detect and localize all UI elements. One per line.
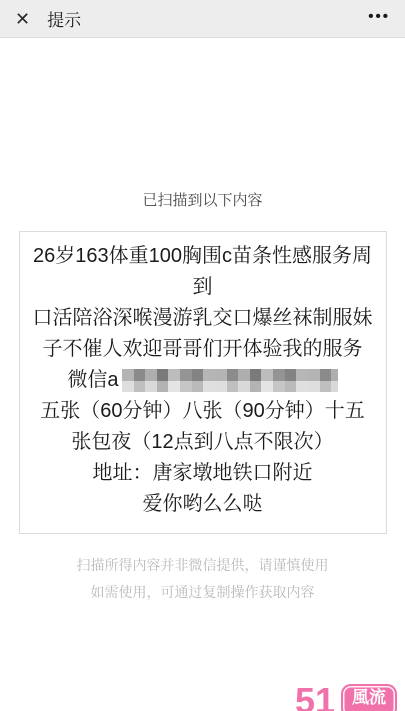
disclaimer: 扫描所得内容并非微信提供，请谨慎使用 如需使用，可通过复制操作获取内容 <box>0 552 405 606</box>
wechat-id-line: 微信a <box>25 365 381 396</box>
content-line: 到 <box>25 272 381 303</box>
content-line: 地址：唐家墩地铁口附近 <box>25 458 381 489</box>
censored-wechat-id-mosaic <box>122 369 338 392</box>
scan-result-label: 已扫描到以下内容 <box>0 189 405 210</box>
disclaimer-line-1: 扫描所得内容并非微信提供，请谨慎使用 <box>0 552 405 579</box>
watermark-logo: 51 風流 <box>295 683 397 711</box>
watermark-badge: 風流 <box>341 684 397 711</box>
content-line: 爱你哟么么哒 <box>25 489 381 520</box>
wechat-prefix: 微信a <box>67 365 118 396</box>
content-line: 张包夜（12点到八点不限次） <box>25 427 381 458</box>
content-line: 子不催人欢迎哥哥们开体验我的服务 <box>25 334 381 365</box>
watermark-number: 51 <box>295 683 335 711</box>
more-menu-icon[interactable]: ••• <box>368 9 390 28</box>
scanned-content-box: 26岁163体重100胸围c苗条性感服务周 到 口活陪浴深喉漫游乳交口爆丝袜制服… <box>19 231 387 534</box>
close-icon[interactable]: ✕ <box>15 10 30 28</box>
content-line: 五张（60分钟）八张（90分钟）十五 <box>25 396 381 427</box>
content-line: 26岁163体重100胸围c苗条性感服务周 <box>25 241 381 272</box>
disclaimer-line-2: 如需使用，可通过复制操作获取内容 <box>0 579 405 606</box>
content-line: 口活陪浴深喉漫游乳交口爆丝袜制服妹 <box>25 303 381 334</box>
top-bar: ✕ 提示 ••• <box>0 0 405 38</box>
page-title: 提示 <box>47 6 81 31</box>
